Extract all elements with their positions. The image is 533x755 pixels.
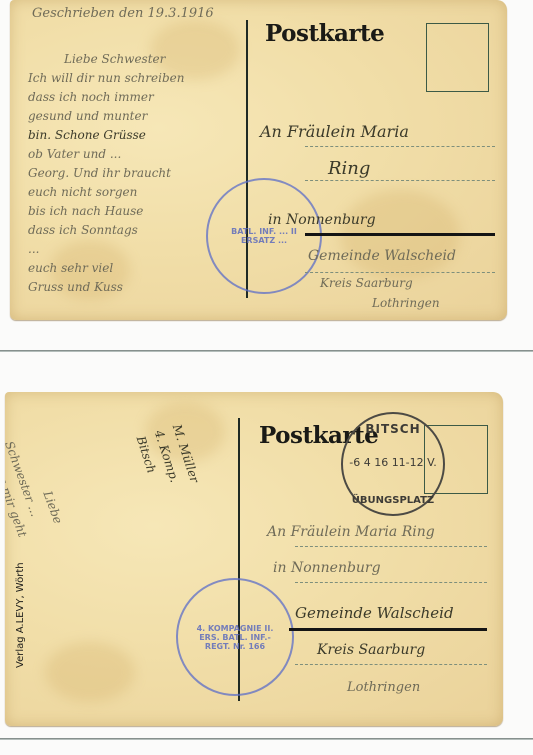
- message-line: gesund und munter: [28, 107, 184, 126]
- address-line-3: Gemeinde Walscheid: [295, 604, 454, 622]
- stain: [45, 642, 135, 702]
- sleeve-edge: [0, 350, 533, 352]
- publisher-imprint: Verlag A.LEVY, Wörth: [15, 562, 26, 668]
- message-line: euch nicht sorgen: [28, 183, 184, 202]
- message-line: Liebe: [38, 488, 88, 583]
- message-line: dass ich noch immer: [28, 88, 184, 107]
- address-line-6: Lothringen: [372, 296, 440, 310]
- postcard-bottom: Verlag A.LEVY, Wörth Liebe Schwester ...…: [5, 392, 503, 726]
- handwritten-date: Geschrieben den 19.3.1916: [32, 6, 214, 21]
- address-line-2: in Nonnenburg: [273, 560, 381, 576]
- address-line-2: Ring: [328, 158, 370, 179]
- address-rule: [295, 664, 487, 665]
- address-rule: [295, 582, 487, 583]
- message-line: ...: [28, 240, 184, 259]
- address-rule-bold: [289, 628, 487, 631]
- postmark-date: -6 4 16 11-12 V.: [343, 456, 443, 469]
- message-line: Georg. Und ihr braucht: [28, 164, 184, 183]
- address-rule-bold: [305, 233, 495, 236]
- sleeve-edge: [0, 738, 533, 740]
- message-line: dass ich Sonntags: [28, 221, 184, 240]
- message-line: ob Vater und ...: [28, 145, 184, 164]
- postmark-place: ÜBUNGSPLATZ: [343, 495, 443, 506]
- postcard-top: Geschrieben den 19.3.1916 Liebe Schweste…: [10, 0, 507, 320]
- address-line-5: Lothringen: [347, 680, 420, 695]
- address-line-1: An Fräulein Maria: [260, 122, 409, 141]
- postkarte-heading: Postkarte: [265, 20, 384, 47]
- message-line: bin. Schone Grüsse: [28, 126, 184, 145]
- military-seal-stamp: BATL. INF. ... II ERSATZ ...: [206, 178, 322, 294]
- stamp-placeholder-box: [426, 23, 489, 92]
- message-line: bis ich nach Hause: [28, 202, 184, 221]
- address-line-5: Kreis Saarburg: [320, 276, 413, 290]
- company-seal-stamp: 4. KOMPAGNIE II. ERS. BATL. INF.-REGT. N…: [176, 578, 294, 696]
- address-rule: [295, 546, 487, 547]
- address-rule: [305, 146, 495, 147]
- address-rule: [305, 272, 495, 273]
- message-block: Liebe Schwester Ich will dir nun schreib…: [28, 50, 184, 297]
- address-line-4: Gemeinde Walscheid: [308, 248, 456, 264]
- message-block: Liebe Schwester ... wie es mir geht ... …: [5, 432, 67, 566]
- message-line: euch sehr viel: [28, 259, 184, 278]
- address-line-4: Kreis Saarburg: [317, 642, 425, 658]
- address-line-3: in Nonnenburg: [268, 212, 376, 228]
- address-line-1: An Fräulein Maria Ring: [267, 524, 435, 540]
- address-rule: [305, 180, 495, 181]
- message-line: Gruss und Kuss: [28, 278, 184, 297]
- message-line: Liebe Schwester: [64, 50, 220, 69]
- message-line: Ich will dir nun schreiben: [28, 69, 184, 88]
- bitsch-postmark: BITSCH -6 4 16 11-12 V. ÜBUNGSPLATZ: [341, 412, 445, 516]
- postmark-town: BITSCH: [343, 422, 443, 436]
